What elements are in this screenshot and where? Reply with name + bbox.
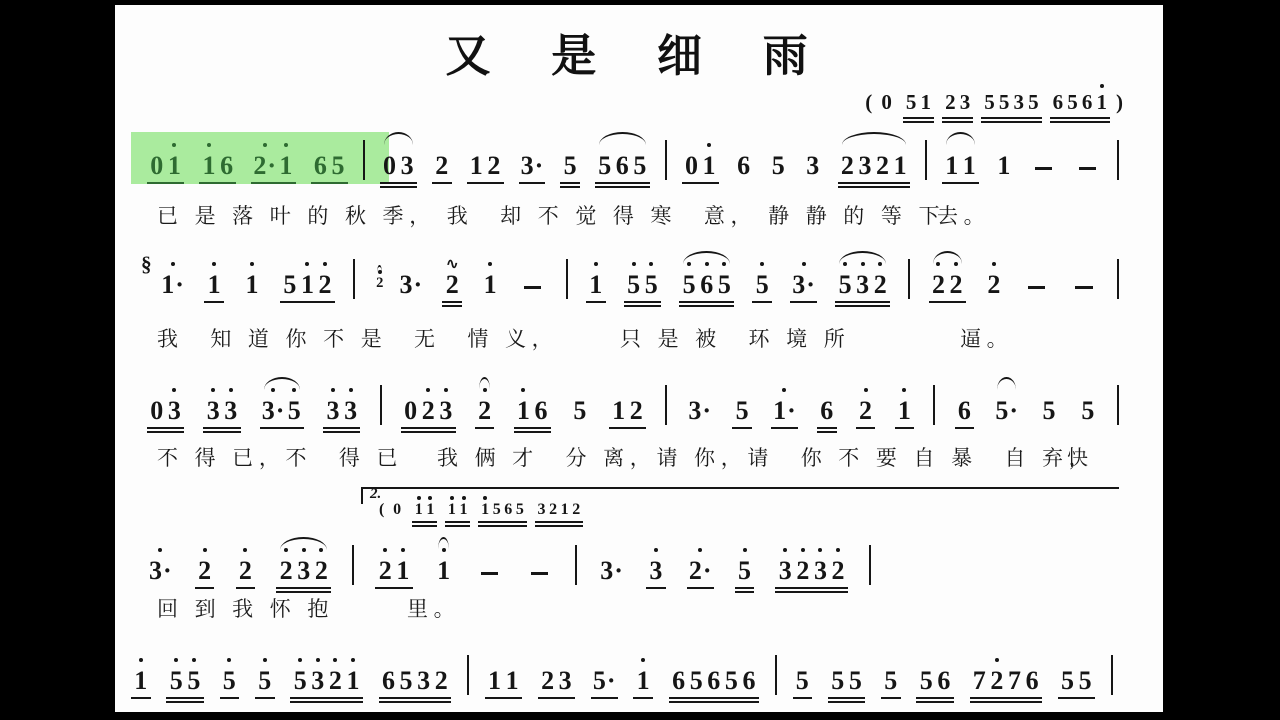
note: 6 bbox=[735, 151, 753, 180]
note-digit: 2 bbox=[239, 556, 252, 585]
note: 5 bbox=[917, 666, 935, 695]
octave-dot-above-icon bbox=[351, 658, 355, 662]
note: 2· bbox=[252, 151, 277, 180]
note-group: 56 bbox=[917, 666, 952, 695]
beam-line bbox=[475, 427, 495, 429]
barline bbox=[665, 385, 667, 425]
note: 5 bbox=[1040, 396, 1058, 425]
beam-line bbox=[203, 431, 240, 433]
note-group: 1 bbox=[634, 666, 652, 695]
note: 5 bbox=[753, 270, 771, 299]
paren: ) bbox=[1116, 91, 1123, 115]
beam-line bbox=[981, 117, 1041, 119]
note: 3 bbox=[856, 151, 874, 180]
note-digit: 2 bbox=[422, 396, 435, 425]
note-digit: 5 bbox=[772, 151, 785, 180]
note: 5 bbox=[1079, 396, 1097, 425]
note-group: 2 bbox=[196, 556, 214, 585]
note-digit: 5 bbox=[331, 151, 344, 180]
augmentation-dot: · bbox=[535, 151, 544, 180]
note-group: 65 bbox=[312, 151, 347, 180]
mordent-icon: ∿ bbox=[445, 255, 459, 273]
octave-dot-above-icon bbox=[139, 658, 143, 662]
beam-line bbox=[981, 121, 1041, 123]
octave-dot-above-icon bbox=[649, 262, 653, 266]
note: 3 bbox=[342, 396, 360, 425]
note-digit: 3 bbox=[649, 556, 662, 585]
note: 3· bbox=[398, 270, 423, 299]
note: 1 bbox=[995, 151, 1013, 180]
note: 5 bbox=[736, 556, 754, 585]
octave-dot-above-icon bbox=[707, 143, 711, 147]
note-digit: 2 bbox=[859, 396, 872, 425]
note: 1 bbox=[634, 666, 652, 695]
note: 5· bbox=[994, 396, 1019, 425]
beam-line bbox=[432, 182, 452, 184]
note: 0 bbox=[148, 396, 166, 425]
note-group: 1 bbox=[435, 556, 453, 585]
octave-dot-above-icon bbox=[305, 262, 309, 266]
note-group: 55 bbox=[167, 666, 202, 695]
note-digit: 6 bbox=[937, 666, 950, 695]
note: 3 bbox=[204, 396, 222, 425]
beam-line bbox=[1050, 121, 1110, 123]
note-group: 16 bbox=[200, 151, 235, 180]
note-group: 532 bbox=[836, 270, 889, 299]
beam-line bbox=[735, 591, 755, 593]
octave-dot-above-icon bbox=[444, 388, 448, 392]
song-title: 又 是 细 雨 bbox=[115, 19, 1163, 84]
note: 2· bbox=[688, 556, 713, 585]
note-digit: 7 bbox=[973, 666, 986, 695]
beam-line bbox=[775, 587, 847, 589]
note: 5 bbox=[256, 666, 274, 695]
note: 5 bbox=[596, 151, 614, 180]
note-digit: 3 bbox=[311, 666, 324, 695]
octave-dot-above-icon bbox=[698, 548, 702, 552]
note-group: 5535 bbox=[982, 91, 1040, 115]
note-digit: 6 bbox=[700, 270, 713, 299]
note-digit: 1 bbox=[1096, 90, 1107, 114]
note-digit: 1 bbox=[589, 270, 602, 299]
note: 5 bbox=[397, 666, 415, 695]
music-line-5: 155555321653211235·165656555556727655 bbox=[127, 655, 1117, 695]
note-group: 5 bbox=[769, 151, 787, 180]
beam-line bbox=[942, 117, 973, 119]
beam-line bbox=[955, 427, 975, 429]
note: 1 bbox=[344, 666, 362, 695]
note-digit: 1 bbox=[898, 396, 911, 425]
lyric-line-2-seg-3: 逼。 bbox=[960, 323, 1013, 353]
beam-line bbox=[131, 697, 151, 699]
octave-dot-above-icon bbox=[594, 262, 598, 266]
note-digit: 6 bbox=[742, 666, 755, 695]
note: 5 bbox=[1065, 91, 1080, 115]
note: 3 bbox=[166, 396, 184, 425]
note: 3 bbox=[647, 556, 665, 585]
beam-line bbox=[199, 182, 236, 184]
beam-line bbox=[379, 697, 451, 699]
octave-dot-above-icon bbox=[316, 658, 320, 662]
lyric-line-3-seg-3: 快 bbox=[1067, 442, 1094, 472]
beam-line bbox=[147, 431, 184, 433]
note: 3 bbox=[804, 151, 822, 180]
note: 2 bbox=[419, 396, 437, 425]
note-digit: 2 bbox=[832, 556, 845, 585]
note-group: 21 bbox=[376, 556, 411, 585]
note-digit: 3 bbox=[417, 666, 430, 695]
barline bbox=[775, 655, 777, 695]
octave-dot-above-icon bbox=[174, 658, 178, 662]
beam-line bbox=[401, 427, 456, 429]
note-digit: 2 bbox=[478, 396, 491, 425]
note: 3 bbox=[776, 556, 794, 585]
note-digit: 1 bbox=[945, 151, 958, 180]
note: 1 bbox=[394, 556, 412, 585]
note-digit: 3 bbox=[1013, 90, 1024, 114]
note-group: 6532 bbox=[380, 666, 450, 695]
note: 6 bbox=[218, 151, 236, 180]
octave-dot-above-icon bbox=[864, 388, 868, 392]
note-group: 565 bbox=[680, 270, 733, 299]
beam-line bbox=[514, 427, 551, 429]
note: 2 bbox=[316, 270, 334, 299]
note: 6 bbox=[956, 396, 974, 425]
lyric-line-1-seg-2: 去。 bbox=[937, 200, 990, 230]
note: 5· bbox=[592, 666, 617, 695]
note-group: 01 bbox=[148, 151, 183, 180]
note-digit: 5 bbox=[1081, 396, 1094, 425]
note: 5 bbox=[571, 396, 589, 425]
note-digit: 3 bbox=[806, 151, 819, 180]
note-digit: 5 bbox=[593, 666, 606, 695]
dash-note bbox=[524, 286, 541, 289]
note: 3 bbox=[324, 396, 342, 425]
beam-line bbox=[1058, 697, 1095, 699]
note-digit: 5 bbox=[725, 666, 738, 695]
note-digit: 3 bbox=[521, 151, 534, 180]
lyric-line-4-seg-2: 里。 bbox=[407, 593, 460, 623]
segno-glyph: § bbox=[141, 253, 152, 277]
note: 2 bbox=[857, 396, 875, 425]
note-digit: 5 bbox=[187, 666, 200, 695]
note-digit: 2 bbox=[253, 151, 266, 180]
note: 5 bbox=[836, 270, 854, 299]
note: 0 bbox=[879, 91, 894, 115]
note-group: 3· bbox=[520, 151, 545, 180]
augmentation-dot: · bbox=[267, 151, 276, 180]
augmentation-dot: · bbox=[175, 270, 184, 299]
note-digit: 5 bbox=[1043, 396, 1056, 425]
note-digit: 5 bbox=[736, 396, 749, 425]
note: 1 bbox=[515, 396, 533, 425]
note: 1· bbox=[160, 270, 185, 299]
beam-line bbox=[323, 427, 360, 429]
octave-dot-above-icon bbox=[782, 388, 786, 392]
note-digit: 3 bbox=[559, 666, 572, 695]
note: 1 bbox=[132, 666, 150, 695]
note: 2 bbox=[874, 151, 892, 180]
beam-line bbox=[412, 525, 437, 527]
augmentation-dot: · bbox=[787, 396, 796, 425]
beam-line bbox=[401, 431, 456, 433]
beam-line bbox=[942, 182, 979, 184]
beam-line bbox=[535, 525, 583, 527]
note: 2 bbox=[930, 270, 948, 299]
lyric-line-3-seg-1: 不 得 已，不 得 已 bbox=[157, 442, 403, 472]
octave-dot-above-icon bbox=[632, 262, 636, 266]
dash-note bbox=[1028, 286, 1045, 289]
barline bbox=[363, 140, 365, 180]
barline bbox=[380, 385, 382, 425]
sheet-page: 又 是 细 雨 (0512355356561)01162·165032123·5… bbox=[115, 5, 1163, 712]
note-digit: 5 bbox=[294, 666, 307, 695]
note-group: 232 bbox=[277, 556, 330, 585]
note-digit: 1 bbox=[134, 666, 147, 695]
note-group: 2 bbox=[985, 270, 1003, 299]
note-digit: 5 bbox=[1079, 666, 1092, 695]
octave-dot-above-icon bbox=[783, 548, 787, 552]
note-group: 65656 bbox=[670, 666, 758, 695]
note-digit: 2 bbox=[435, 151, 448, 180]
octave-dot-above-icon bbox=[263, 658, 267, 662]
note: 6 bbox=[312, 151, 330, 180]
note-digit: 1 bbox=[484, 270, 497, 299]
note-digit: 5 bbox=[756, 270, 769, 299]
note-digit: 2 bbox=[796, 556, 809, 585]
beam-line bbox=[732, 427, 752, 429]
note: 3 bbox=[958, 91, 973, 115]
note: 6 bbox=[670, 666, 688, 695]
octave-dot-above-icon bbox=[760, 262, 764, 266]
note: 2 bbox=[947, 270, 965, 299]
note: 1 bbox=[166, 151, 184, 180]
note: 6 bbox=[935, 666, 953, 695]
beam-line bbox=[929, 301, 966, 303]
barline bbox=[575, 545, 577, 585]
note-group: 5 bbox=[1079, 396, 1097, 425]
beam-line bbox=[903, 117, 934, 119]
note: 5 bbox=[329, 151, 347, 180]
note: 0 bbox=[381, 151, 399, 180]
note: 2 bbox=[871, 270, 889, 299]
note-group: 5 bbox=[733, 396, 751, 425]
note-digit: 2 bbox=[874, 270, 887, 299]
note: 2 bbox=[476, 396, 494, 425]
slur-arc bbox=[946, 132, 975, 145]
note-digit: 2 bbox=[319, 270, 332, 299]
slur-arc bbox=[933, 251, 962, 264]
note-group: 33 bbox=[204, 396, 239, 425]
note-digit: 5 bbox=[839, 270, 852, 299]
slur-arc bbox=[264, 377, 300, 390]
note: 2 bbox=[985, 270, 1003, 299]
octave-dot-above-icon bbox=[521, 388, 525, 392]
note-digit: 3 bbox=[858, 151, 871, 180]
beam-line bbox=[478, 525, 526, 527]
note: 3 bbox=[556, 666, 574, 695]
barline bbox=[1117, 385, 1119, 425]
note: 2 bbox=[237, 556, 255, 585]
note: 5 bbox=[561, 151, 579, 180]
beam-line bbox=[560, 186, 580, 188]
note: 2 bbox=[374, 275, 385, 291]
note-group: 3 bbox=[647, 556, 665, 585]
note: 5 bbox=[982, 91, 997, 115]
note-digit: 1 bbox=[773, 396, 786, 425]
note: 2 bbox=[829, 556, 847, 585]
slur-arc bbox=[842, 132, 906, 145]
beam-line bbox=[204, 301, 224, 303]
note-digit: 1 bbox=[396, 556, 409, 585]
volta-bracket: 2. bbox=[361, 487, 1119, 504]
beam-line bbox=[147, 427, 184, 429]
note-group: 2 bbox=[476, 396, 494, 425]
beam-line bbox=[817, 431, 837, 433]
note-digit: 1 bbox=[612, 396, 625, 425]
note: 5 bbox=[642, 270, 660, 299]
note: 3 bbox=[309, 666, 327, 695]
beam-line bbox=[1050, 117, 1110, 119]
beam-line bbox=[790, 301, 817, 303]
note-group: 5 bbox=[256, 666, 274, 695]
note: 3· bbox=[520, 151, 545, 180]
note-digit: 5 bbox=[683, 270, 696, 299]
note-digit: 5 bbox=[718, 270, 731, 299]
note: 6 bbox=[532, 396, 550, 425]
beam-line bbox=[290, 697, 362, 699]
note-group: 1 bbox=[995, 151, 1013, 180]
note-group: 5 bbox=[736, 556, 754, 585]
note-digit: 5 bbox=[288, 396, 301, 425]
music-line-1: 01162·165032123·5565016532321111 bbox=[143, 140, 1123, 180]
dash-note bbox=[531, 572, 548, 575]
note: 2∿ bbox=[443, 270, 461, 299]
note-digit: 3 bbox=[344, 396, 357, 425]
note-digit: 2 bbox=[315, 556, 328, 585]
note-digit: 6 bbox=[1082, 90, 1093, 114]
note: 2 bbox=[277, 556, 295, 585]
note: 3 bbox=[398, 151, 416, 180]
note-group: 3· bbox=[148, 556, 173, 585]
note: 1 bbox=[200, 151, 218, 180]
note-group: 5 bbox=[561, 151, 579, 180]
note-digit: 1 bbox=[921, 90, 932, 114]
note-digit: 1 bbox=[245, 270, 258, 299]
beam-line bbox=[633, 697, 653, 699]
note: 5 bbox=[221, 666, 239, 695]
beam-line bbox=[166, 701, 203, 703]
octave-dot-above-icon bbox=[1100, 84, 1104, 88]
note-digit: 3 bbox=[168, 396, 181, 425]
note: 3 bbox=[437, 396, 455, 425]
beam-line bbox=[380, 182, 417, 184]
note-digit: 0 bbox=[383, 151, 396, 180]
octave-dot-above-icon bbox=[818, 548, 822, 552]
note-digit: 1 bbox=[168, 151, 181, 180]
beam-line bbox=[735, 587, 755, 589]
barline bbox=[665, 140, 667, 180]
note: 1 bbox=[700, 151, 718, 180]
barline bbox=[925, 140, 927, 180]
note-group: 33 bbox=[324, 396, 359, 425]
note-group: 5· bbox=[592, 666, 617, 695]
note-group: 1 bbox=[587, 270, 605, 299]
note-digit: 6 bbox=[820, 396, 833, 425]
beam-line bbox=[560, 182, 580, 184]
note: 5 bbox=[1059, 666, 1077, 695]
note-digit: 1 bbox=[488, 666, 501, 695]
barline bbox=[1117, 140, 1119, 180]
note: 6 bbox=[614, 151, 632, 180]
lyric-line-4-seg-1: 回 到 我 怀 抱 bbox=[157, 593, 334, 623]
note-digit: 6 bbox=[314, 151, 327, 180]
note: 1 bbox=[299, 270, 317, 299]
note-group: 1 bbox=[896, 396, 914, 425]
note-digit: 5 bbox=[598, 151, 611, 180]
beam-line bbox=[442, 305, 462, 307]
note-digit: 6 bbox=[672, 666, 685, 695]
octave-dot-above-icon bbox=[171, 262, 175, 266]
beam-line bbox=[881, 697, 901, 699]
octave-dot-above-icon bbox=[654, 548, 658, 552]
note-digit: 5 bbox=[283, 270, 296, 299]
slur-arc bbox=[438, 537, 450, 550]
note-group: 23 bbox=[943, 91, 972, 115]
note: 1 bbox=[486, 666, 504, 695]
note-group: 12 bbox=[610, 396, 645, 425]
beam-line bbox=[970, 701, 1042, 703]
octave-dot-above-icon bbox=[298, 658, 302, 662]
note-digit: 2 bbox=[435, 666, 448, 695]
note-group: 3232 bbox=[776, 556, 846, 585]
note-group: 6 bbox=[735, 151, 753, 180]
note-group: 1 bbox=[243, 270, 261, 299]
octave-dot-above-icon bbox=[207, 143, 211, 147]
beam-line bbox=[538, 697, 575, 699]
octave-dot-above-icon bbox=[227, 658, 231, 662]
note-digit: 5 bbox=[1061, 666, 1074, 695]
note-digit: 1 bbox=[301, 270, 314, 299]
beam-line bbox=[595, 186, 650, 188]
beam-line bbox=[255, 697, 275, 699]
note-digit: 2 bbox=[841, 151, 854, 180]
note-digit: 6 bbox=[220, 151, 233, 180]
beam-line bbox=[835, 305, 890, 307]
note-digit: 2 bbox=[379, 556, 392, 585]
note: 0 bbox=[402, 396, 420, 425]
beam-line bbox=[166, 697, 203, 699]
note: 2 bbox=[432, 666, 450, 695]
octave-dot-above-icon bbox=[172, 388, 176, 392]
note-digit: 7 bbox=[1008, 666, 1021, 695]
note-digit: 6 bbox=[958, 396, 971, 425]
note-group: 5 bbox=[794, 666, 812, 695]
note: 2 bbox=[794, 556, 812, 585]
beam-line bbox=[793, 697, 813, 699]
note: 3· bbox=[599, 556, 624, 585]
barline bbox=[869, 545, 871, 585]
note-group: 11 bbox=[486, 666, 521, 695]
beam-line bbox=[679, 305, 734, 307]
note-group: 3·5 bbox=[261, 396, 303, 425]
note: 2 bbox=[943, 91, 958, 115]
note: 5 bbox=[716, 270, 734, 299]
octave-dot-above-icon bbox=[263, 143, 267, 147]
note-group: 23 bbox=[539, 666, 574, 695]
note-group: 1· bbox=[772, 396, 797, 425]
beam-line bbox=[586, 301, 606, 303]
